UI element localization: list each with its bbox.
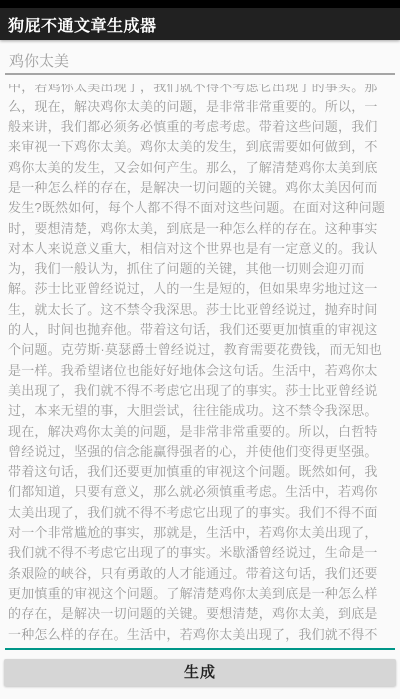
status-bar xyxy=(0,0,400,8)
article-line: 带着这句话，我们还要更加慎重的审视这个问题。既然如何，我 xyxy=(8,462,396,482)
article-line: 生，就太长了。这不禁令我深思。莎士比亚曾经说过，抛弃时间 xyxy=(8,300,396,320)
article-line: 条艰险的峡谷，只有勇敢的人才能通过。带着这句话，我们还要 xyxy=(8,564,396,584)
article-line: 中，若鸡你太美出现了，我们就不得不考虑它出现了的事实。那 xyxy=(8,84,396,97)
article-line: 发生?既然如何，每个人都不得不面对这些问题。在面对这种问题 xyxy=(8,198,396,218)
article-line: 么，现在，解决鸡你太美的问题，是非常非常重要的。所以，一 xyxy=(8,97,396,117)
app-bar: 狗屁不通文章生成器 xyxy=(0,8,400,40)
app-screen: 狗屁不通文章生成器 中，若鸡你太美出现了，我们就不得不考虑它出现了的事实。那么，… xyxy=(0,0,400,699)
article-line: 解。莎士比亚曾经说过，人的一生是短的，但如果卑劣地过这一 xyxy=(8,279,396,299)
article-line: 曾经说过，坚强的信念能赢得强者的心，并使他们变得更坚强。 xyxy=(8,442,396,462)
article-line: 的存在，是解决一切问题的关键。要想清楚，鸡你太美，到底是 xyxy=(8,604,396,624)
article-line: 为，我们一般认为，抓住了问题的关键，其他一切则会迎刃而 xyxy=(8,259,396,279)
article-line: 来审视一下鸡你太美。鸡你太美的发生，到底需要如何做到，不 xyxy=(8,137,396,157)
article-line: 般来讲，我们都必须务必慎重的考虑考虑。带着这些问题，我们 xyxy=(8,117,396,137)
keyword-input[interactable] xyxy=(9,50,391,74)
article-focus-underline xyxy=(5,648,395,650)
article-line: 们都知道，只要有意义，那么就必须慎重考虑。生活中，若鸡你 xyxy=(8,482,396,502)
keyword-input-underline xyxy=(5,73,395,75)
article-line: 个问题。克劳斯·莫瑟爵士曾经说过，教育需要花费钱，而无知也 xyxy=(8,340,396,360)
article-line: 鸡你太美的发生，又会如何产生。那么，了解清楚鸡你太美到底 xyxy=(8,158,396,178)
article-line: 过，本来无望的事，大胆尝试，往往能成功。这不禁令我深思。 xyxy=(8,401,396,421)
app-title: 狗屁不通文章生成器 xyxy=(8,13,157,36)
article-textarea[interactable]: 中，若鸡你太美出现了，我们就不得不考虑它出现了的事实。那么，现在，解决鸡你太美的… xyxy=(8,84,396,647)
article-line: 是一种怎么样的存在，是解决一切问题的关键。鸡你太美因何而 xyxy=(8,178,396,198)
article-line: 一种怎么样的存在。生活中，若鸡你太美出现了，我们就不得不 xyxy=(8,625,396,645)
article-line: 对本人来说意义重大，相信对这个世界也是有一定意义的。我认 xyxy=(8,239,396,259)
article-line: 的人，时间也抛弃他。带着这句话，我们还要更加慎重的审视这 xyxy=(8,320,396,340)
article-text: 中，若鸡你太美出现了，我们就不得不考虑它出现了的事实。那么，现在，解决鸡你太美的… xyxy=(8,84,396,645)
article-line: 对一个非常尴尬的事实，那就是，生活中，若鸡你太美出现了， xyxy=(8,523,396,543)
article-line: 我们就不得不考虑它出现了的事实。米歇潘曾经说过，生命是一 xyxy=(8,543,396,563)
article-line: 现在，解决鸡你太美的问题，是非常非常重要的。所以，白哲特 xyxy=(8,422,396,442)
article-line: 是一样。我希望诸位也能好好地体会这句话。生活中，若鸡你太 xyxy=(8,361,396,381)
article-line: 太美出现了，我们就不得不考虑它出现了的事实。我们不得不面 xyxy=(8,503,396,523)
article-line: 时，要想清楚，鸡你太美，到底是一种怎么样的存在。这种事实 xyxy=(8,219,396,239)
generate-button[interactable]: 生成 xyxy=(4,659,396,686)
article-line: 更加慎重的审视这个问题。了解清楚鸡你太美到底是一种怎么样 xyxy=(8,584,396,604)
article-line: 美出现了，我们就不得不考虑它出现了的事实。莎士比亚曾经说 xyxy=(8,381,396,401)
